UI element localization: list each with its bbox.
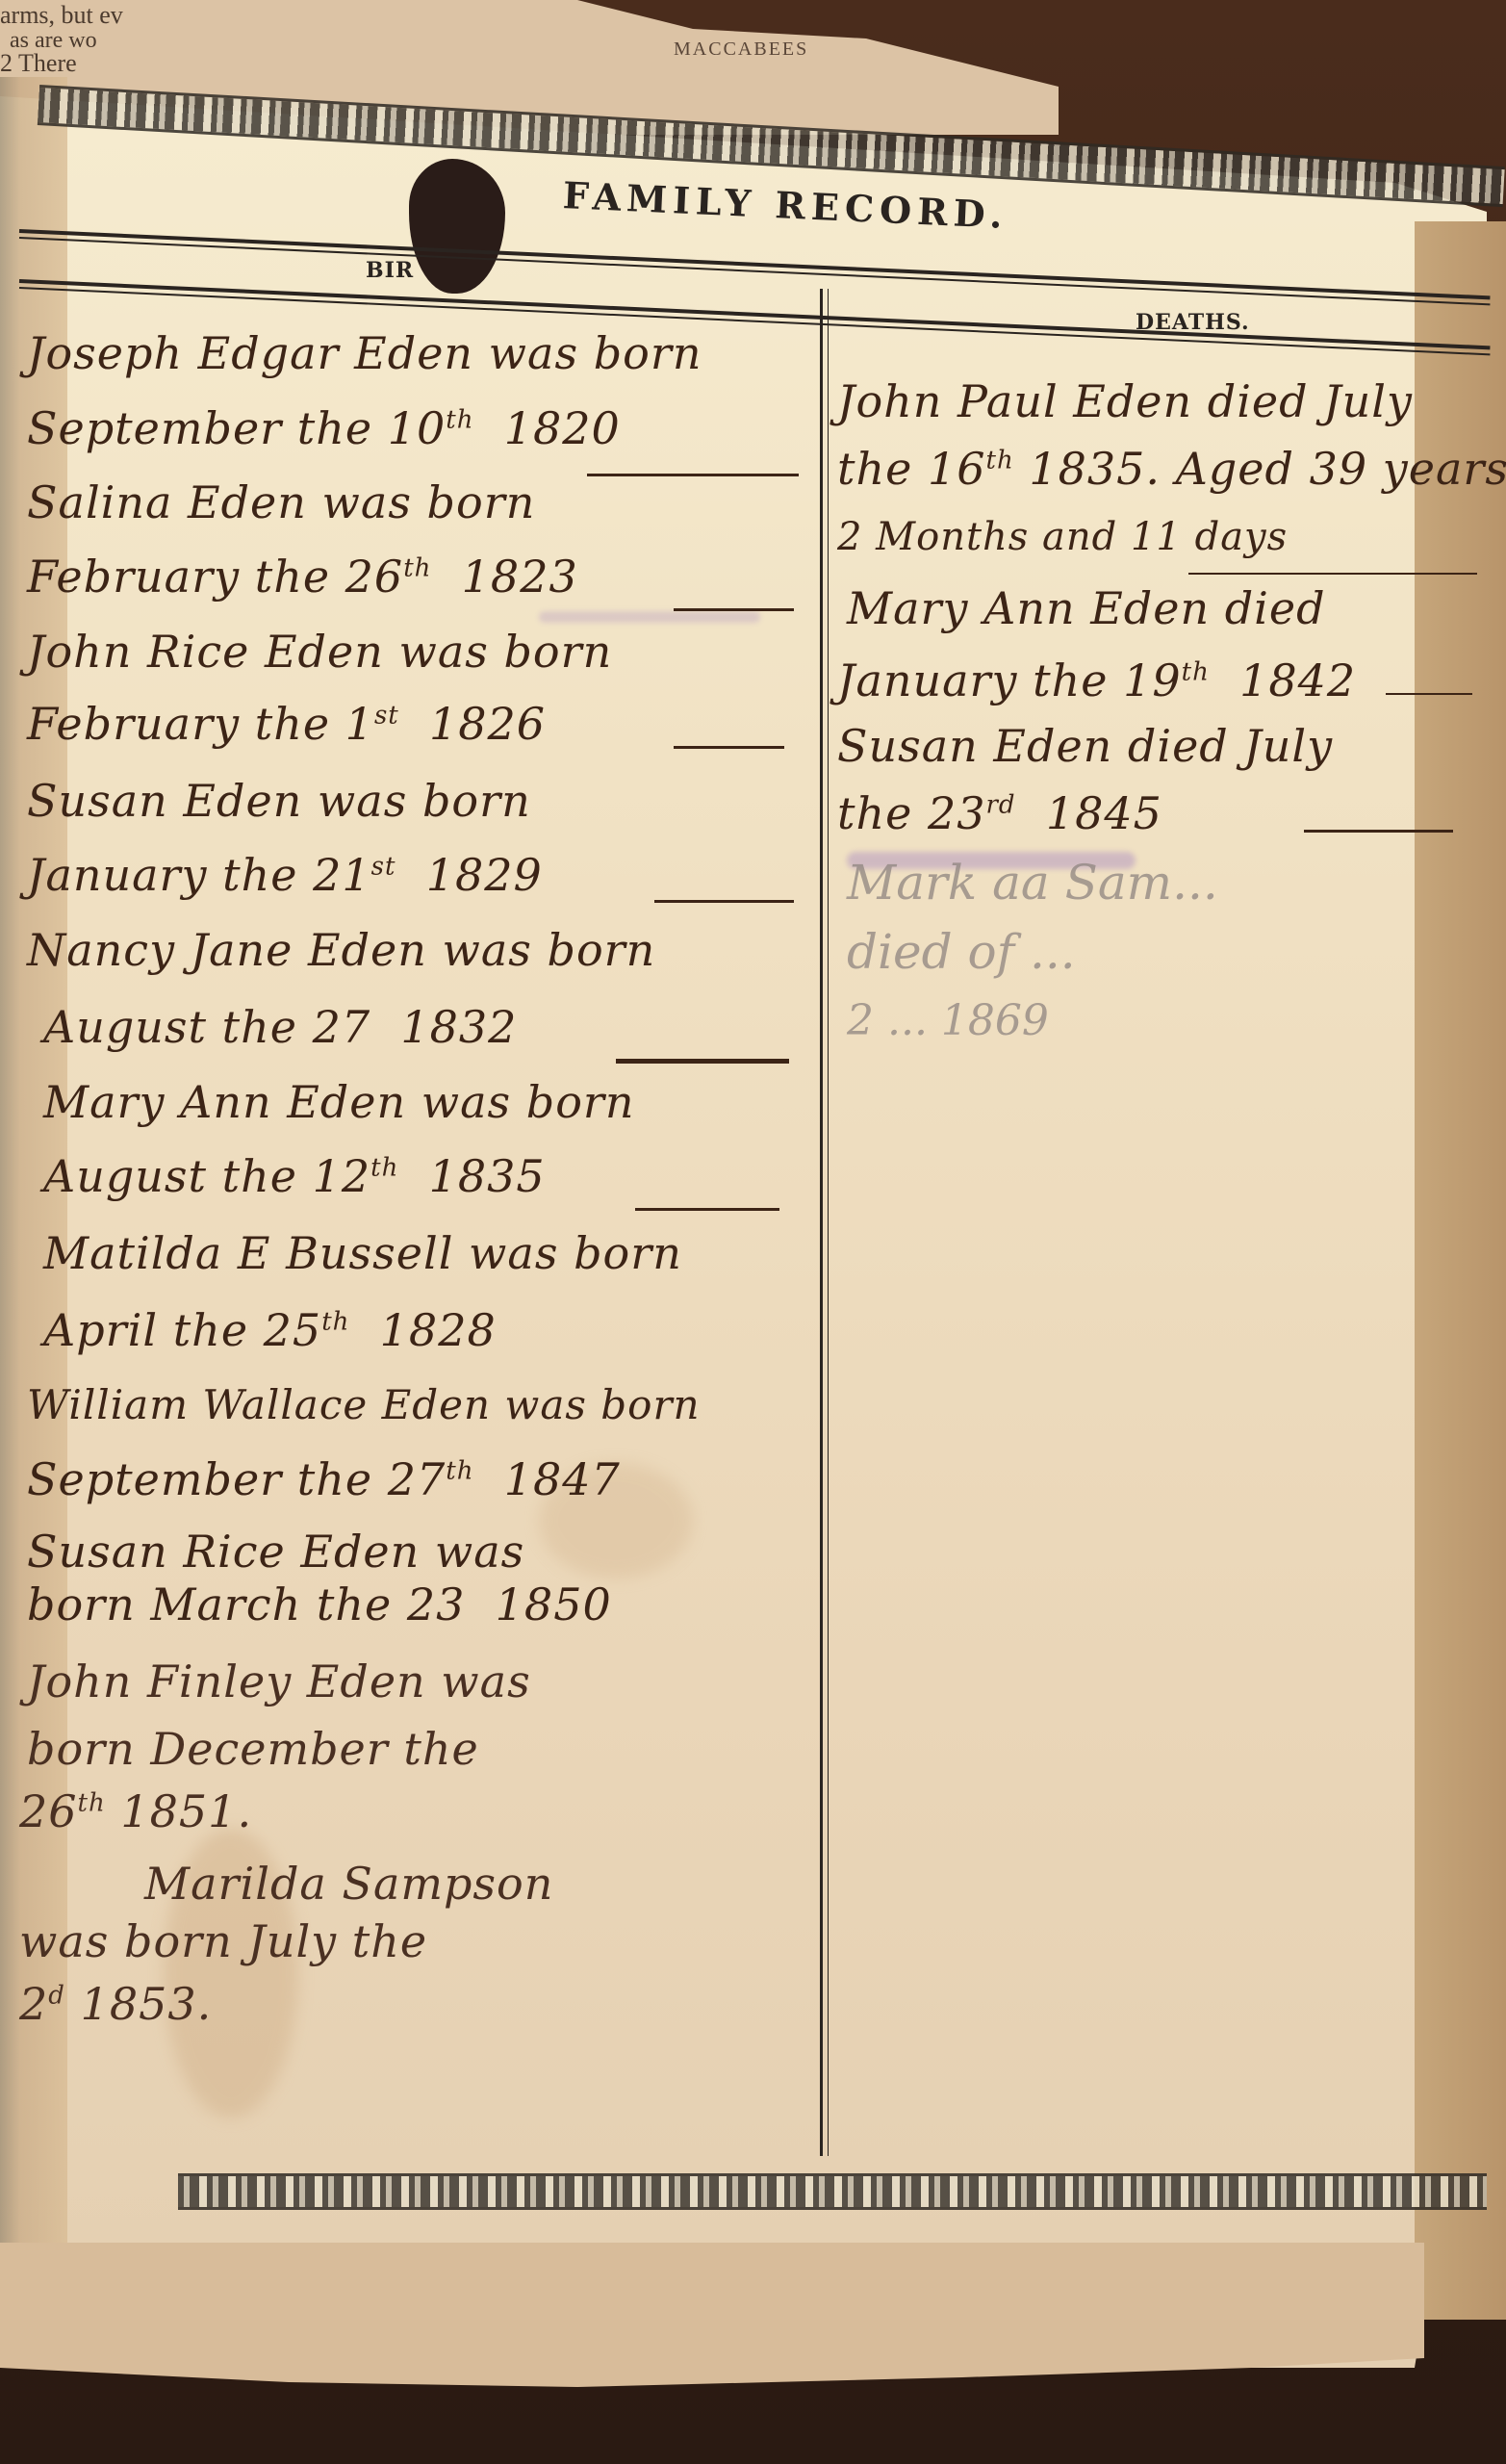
ordinal-suffix: d (48, 1982, 65, 2011)
birth-name-line: Matilda E Bussell was born (43, 1227, 682, 1279)
ordinal-suffix: st (374, 702, 399, 731)
birth-date-line: February the 1st 1826 (27, 698, 546, 750)
birth-name-line: John Finley Eden was (27, 1655, 531, 1707)
death-year: 1842 (1239, 654, 1356, 706)
death-name-line: John Paul Eden died July (837, 375, 1413, 427)
death-date-line: 2 ... 1869 (847, 996, 1049, 1045)
column-divider (820, 289, 823, 2156)
underlying-heading: MACCABEES (674, 38, 808, 61)
birth-date: August the 12 (43, 1150, 370, 1202)
birth-name-line: Mary Ann Eden was born (43, 1076, 635, 1128)
ornamental-border-bottom (178, 2173, 1487, 2210)
entry-underline (674, 746, 784, 749)
entry-underline (1386, 693, 1472, 695)
birth-date-line: August the 27 1832 (43, 1001, 517, 1053)
death-name-line: Mary Ann Eden died (847, 582, 1326, 634)
text-fragment: arms, but ev (0, 6, 123, 25)
birth-name-line: Joseph Edgar Eden was born (27, 327, 702, 379)
entry-underline (587, 474, 799, 476)
birth-date-line: 26th 1851. (19, 1785, 252, 1837)
entry-underline (654, 900, 794, 903)
birth-year: 1847 (504, 1453, 621, 1505)
column-divider (828, 289, 829, 2156)
death-age-line: 2 Months and 11 days (837, 515, 1288, 559)
ordinal-suffix: st (371, 853, 396, 882)
birth-date-line: January the 21st 1829 (27, 849, 543, 901)
entry-underline (616, 1059, 789, 1064)
birth-date: August the 27 (43, 1001, 370, 1053)
ordinal-suffix: th (403, 554, 431, 583)
deaths-column-header: DEATHS. (1136, 310, 1250, 335)
birth-day: 2 (19, 1978, 48, 2030)
birth-name-line: born December the (27, 1723, 479, 1775)
entry-underline (1304, 830, 1453, 833)
birth-year: 1835 (429, 1150, 546, 1202)
birth-date: April the 25 (43, 1304, 321, 1356)
death-cause-line: died of ... (847, 924, 1076, 980)
ordinal-suffix: th (321, 1308, 349, 1337)
birth-date-line: April the 25th 1828 (43, 1304, 497, 1356)
birth-date: February the 1 (27, 698, 374, 750)
death-date: the 23 (837, 787, 986, 839)
birth-date-line: 2d 1853. (19, 1978, 212, 2030)
death-year-age: 1835. Aged 39 years (1029, 443, 1506, 495)
text-fragment: as are wo (10, 31, 97, 50)
ordinal-suffix: th (1182, 658, 1210, 687)
birth-name-line: William Wallace Eden was born (27, 1381, 701, 1428)
birth-name-line: Salina Eden was born (27, 476, 535, 528)
birth-day: 26 (19, 1785, 78, 1837)
birth-year: 1850 (496, 1578, 612, 1630)
birth-date-line: August the 12th 1835 (43, 1150, 546, 1202)
birth-year: 1851. (120, 1785, 252, 1837)
birth-date: September the 27 (27, 1453, 446, 1505)
death-date-line: the 23rd 1845 (837, 787, 1162, 839)
ordinal-suffix: th (370, 1154, 398, 1183)
birth-name-line: was born July the (19, 1915, 427, 1967)
death-name-line: Mark aa Sam... (847, 855, 1218, 911)
ordinal-suffix: th (446, 406, 473, 435)
birth-date: born March the 23 (27, 1578, 465, 1630)
death-name-line: Susan Eden died July (837, 720, 1333, 772)
death-date-line: the 16th 1835. Aged 39 years (837, 443, 1506, 495)
birth-date-line: February the 26th 1823 (27, 551, 578, 603)
birth-date: February the 26 (27, 551, 403, 603)
entry-underline (1188, 573, 1477, 575)
ordinal-suffix: th (446, 1457, 473, 1486)
birth-name-line: John Rice Eden was born (27, 626, 612, 678)
birth-name-line: Marilda Sampson (144, 1858, 553, 1910)
death-date-line: January the 19th 1842 (837, 654, 1356, 706)
birth-name-line: Susan Eden was born (27, 775, 531, 827)
entry-underline (674, 608, 794, 611)
ordinal-suffix: th (78, 1789, 106, 1818)
birth-year: 1826 (429, 698, 546, 750)
birth-name-line: Nancy Jane Eden was born (27, 924, 655, 976)
birth-date: September the 10 (27, 402, 446, 454)
death-date: the 16 (837, 443, 986, 495)
birth-date: January the 21 (27, 849, 371, 901)
entry-underline (635, 1208, 779, 1211)
birth-date-line: born March the 23 1850 (27, 1578, 612, 1630)
death-year: 1845 (1046, 787, 1162, 839)
birth-year: 1823 (462, 551, 578, 603)
births-column-header: BIR (366, 258, 414, 283)
text-fragment: 2 There (0, 54, 77, 73)
death-date: January the 19 (837, 654, 1182, 706)
birth-date-line: September the 10th 1820 (27, 402, 621, 454)
purple-ink-smear (539, 611, 760, 623)
ordinal-suffix: th (986, 447, 1014, 475)
birth-year: 1829 (426, 849, 543, 901)
birth-year: 1828 (380, 1304, 497, 1356)
birth-year: 1832 (400, 1001, 517, 1053)
birth-year: 1853. (81, 1978, 213, 2030)
birth-date-line: September the 27th 1847 (27, 1453, 621, 1505)
birth-name-line: Susan Rice Eden was (27, 1526, 524, 1578)
ordinal-suffix: rd (986, 791, 1016, 820)
birth-year: 1820 (504, 402, 621, 454)
right-page-edge (1415, 221, 1506, 2320)
